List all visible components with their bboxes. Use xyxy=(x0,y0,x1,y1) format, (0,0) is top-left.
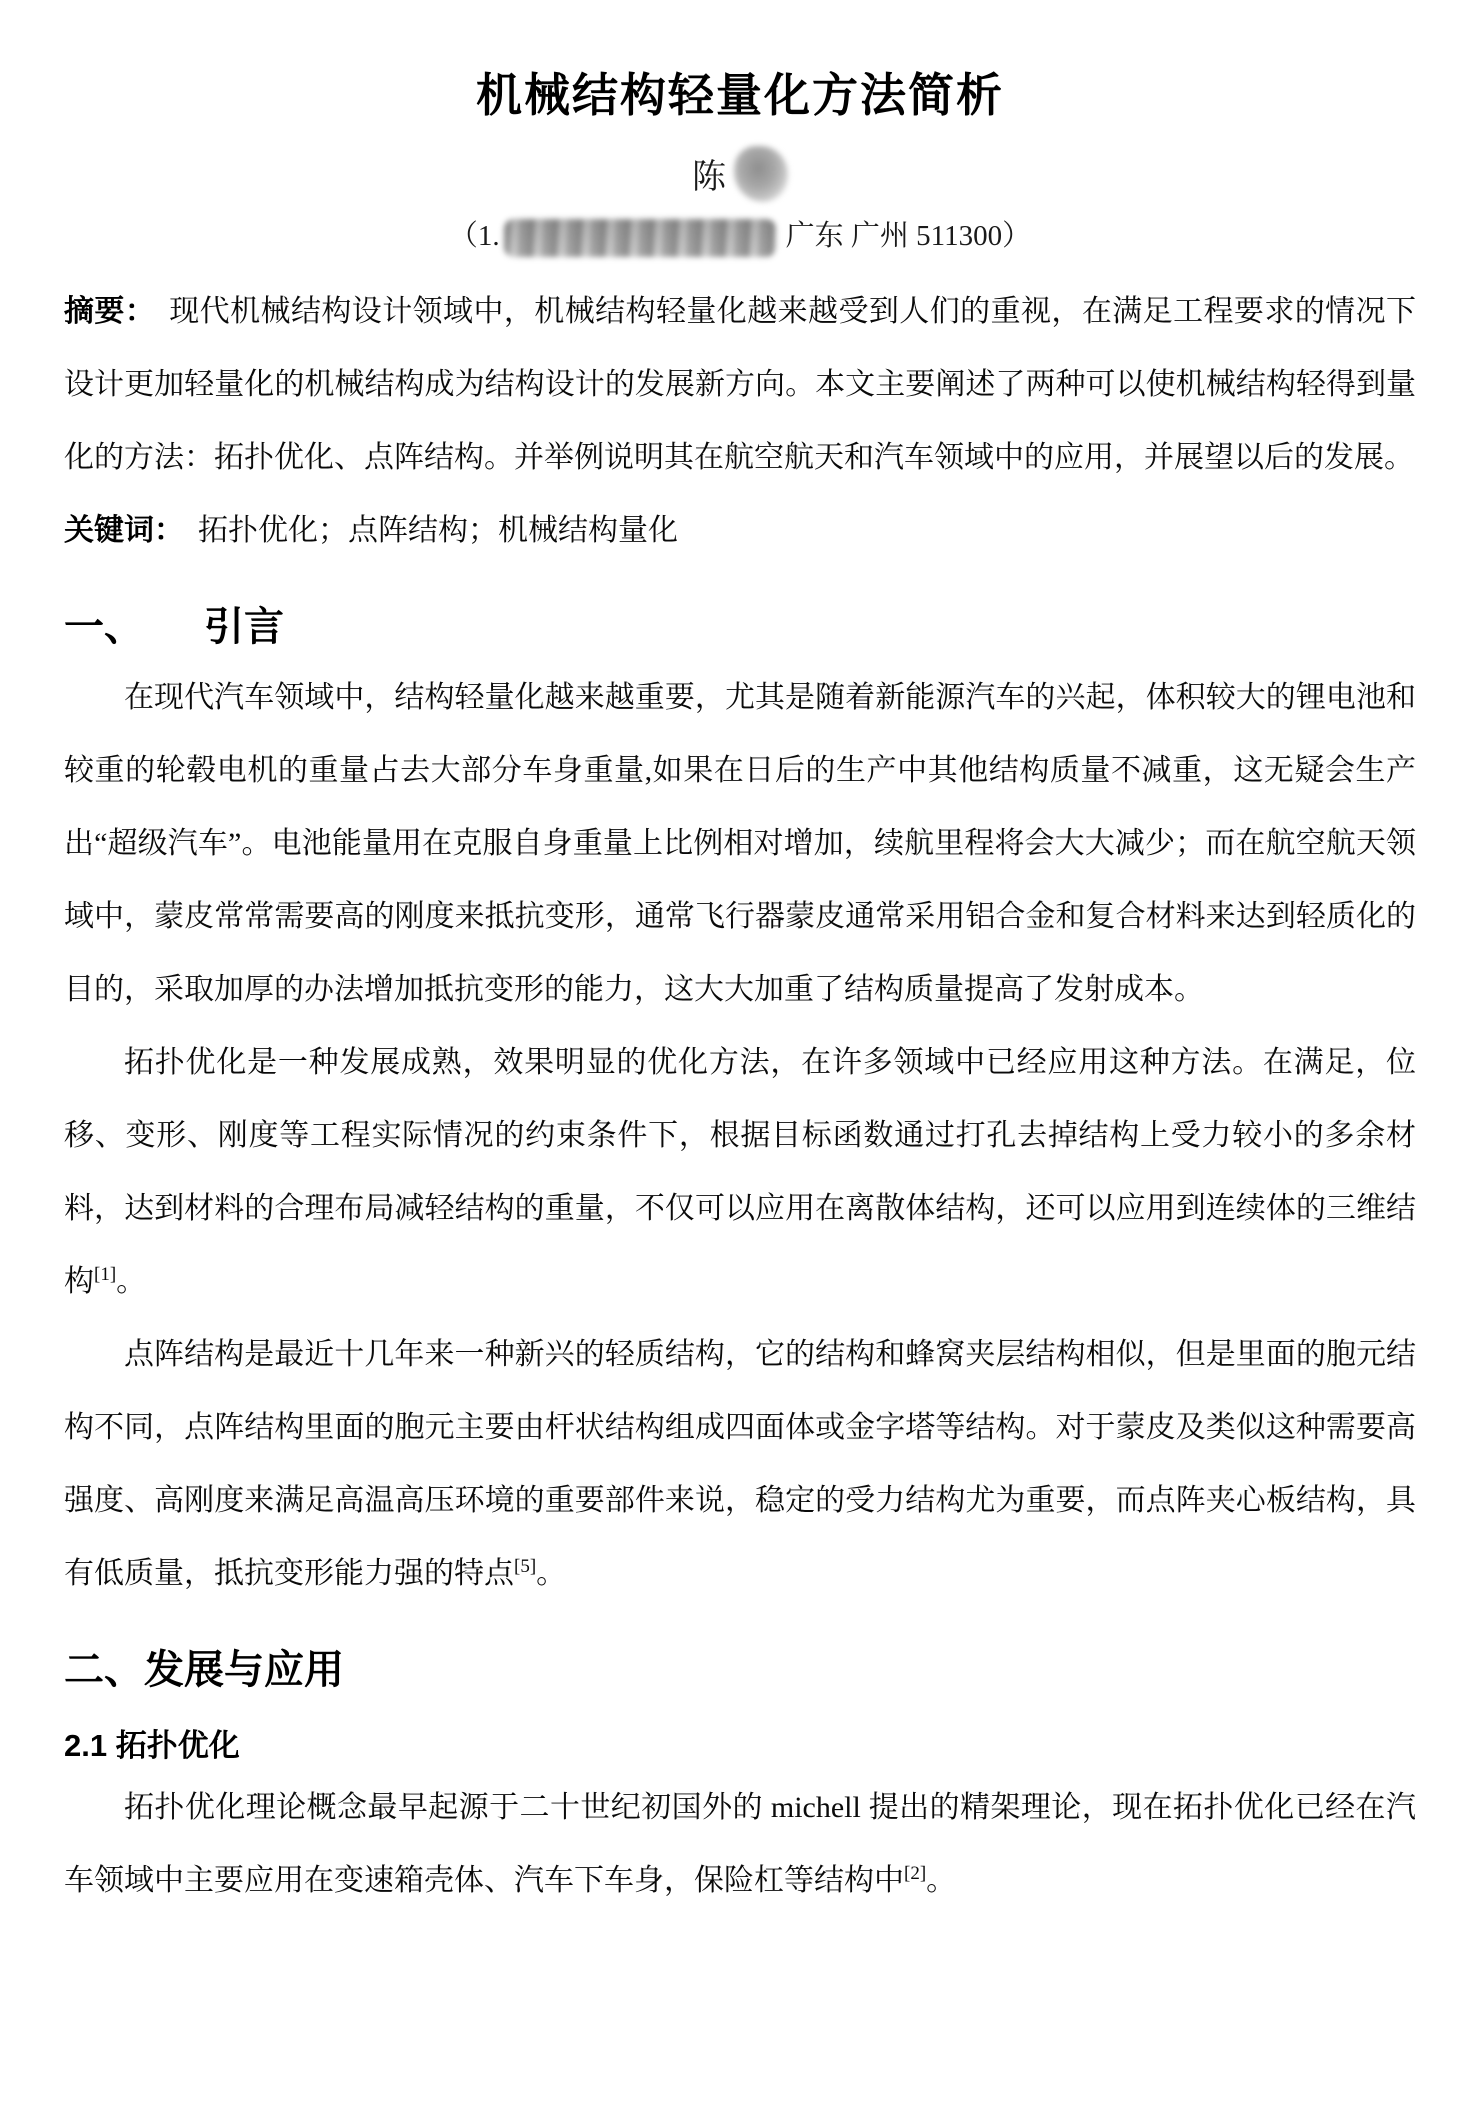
document-page: 机械结构轻量化方法简析 陈 （1.广东 广州 511300） 摘要：现代机械结构… xyxy=(0,0,1478,2119)
subsection-heading-topology: 2.1 拓扑优化 xyxy=(64,1724,1416,1767)
affiliation-prefix: （1. xyxy=(449,220,500,252)
paragraph-tail: 。 xyxy=(926,1864,956,1897)
affiliation-line: （1.广东 广州 511300） xyxy=(64,211,1416,261)
intro-paragraph-1: 在现代汽车领域中，结构轻量化越来越重要，尤其是随着新能源汽车的兴起，体积较大的锂… xyxy=(64,661,1416,1026)
keywords-label: 关键词： xyxy=(64,514,198,547)
citation-ref-1: [1] xyxy=(94,1264,116,1285)
keywords-text: 拓扑优化；点阵结构；机械结构量化 xyxy=(198,514,678,547)
intro-paragraph-3: 点阵结构是最近十几年来一种新兴的轻质结构，它的结构和蜂窝夹层结构相似，但是里面的… xyxy=(64,1318,1416,1610)
paragraph-text: 点阵结构是最近十几年来一种新兴的轻质结构，它的结构和蜂窝夹层结构相似，但是里面的… xyxy=(64,1338,1416,1590)
paragraph-text: 拓扑优化理论概念最早起源于二十世纪初国外的 michell 提出的精架理论，现在… xyxy=(64,1791,1416,1897)
abstract-text: 现代机械结构设计领域中，机械结构轻量化越来越受到人们的重视，在满足工程要求的情况… xyxy=(64,295,1416,474)
citation-ref-5: [5] xyxy=(514,1556,536,1577)
paragraph-tail: 。 xyxy=(116,1265,146,1298)
keywords: 关键词：拓扑优化；点阵结构；机械结构量化 xyxy=(64,494,1416,567)
abstract: 摘要：现代机械结构设计领域中，机械结构轻量化越来越受到人们的重视，在满足工程要求… xyxy=(64,275,1416,494)
paragraph-text: 在现代汽车领域中，结构轻量化越来越重要，尤其是随着新能源汽车的兴起，体积较大的锂… xyxy=(64,681,1416,1006)
affiliation-suffix: 广东 广州 511300） xyxy=(786,220,1031,252)
paragraph-text: 拓扑优化是一种发展成熟，效果明显的优化方法，在许多领域中已经应用这种方法。在满足… xyxy=(64,1046,1416,1298)
paper-title: 机械结构轻量化方法简析 xyxy=(64,64,1416,126)
paragraph-tail: 。 xyxy=(536,1557,566,1590)
redacted-author-name xyxy=(734,146,788,202)
intro-paragraph-2: 拓扑优化是一种发展成熟，效果明显的优化方法，在许多领域中已经应用这种方法。在满足… xyxy=(64,1026,1416,1318)
topology-paragraph-1: 拓扑优化理论概念最早起源于二十世纪初国外的 michell 提出的精架理论，现在… xyxy=(64,1771,1416,1917)
section-heading-development: 二、发展与应用 xyxy=(64,1644,1416,1696)
author-surname: 陈 xyxy=(692,159,726,196)
redacted-affiliation xyxy=(504,219,776,257)
author-line: 陈 xyxy=(64,146,1416,205)
abstract-label: 摘要： xyxy=(64,295,169,328)
citation-ref-2: [2] xyxy=(904,1863,926,1884)
section-heading-introduction: 一、 引言 xyxy=(64,601,1416,653)
